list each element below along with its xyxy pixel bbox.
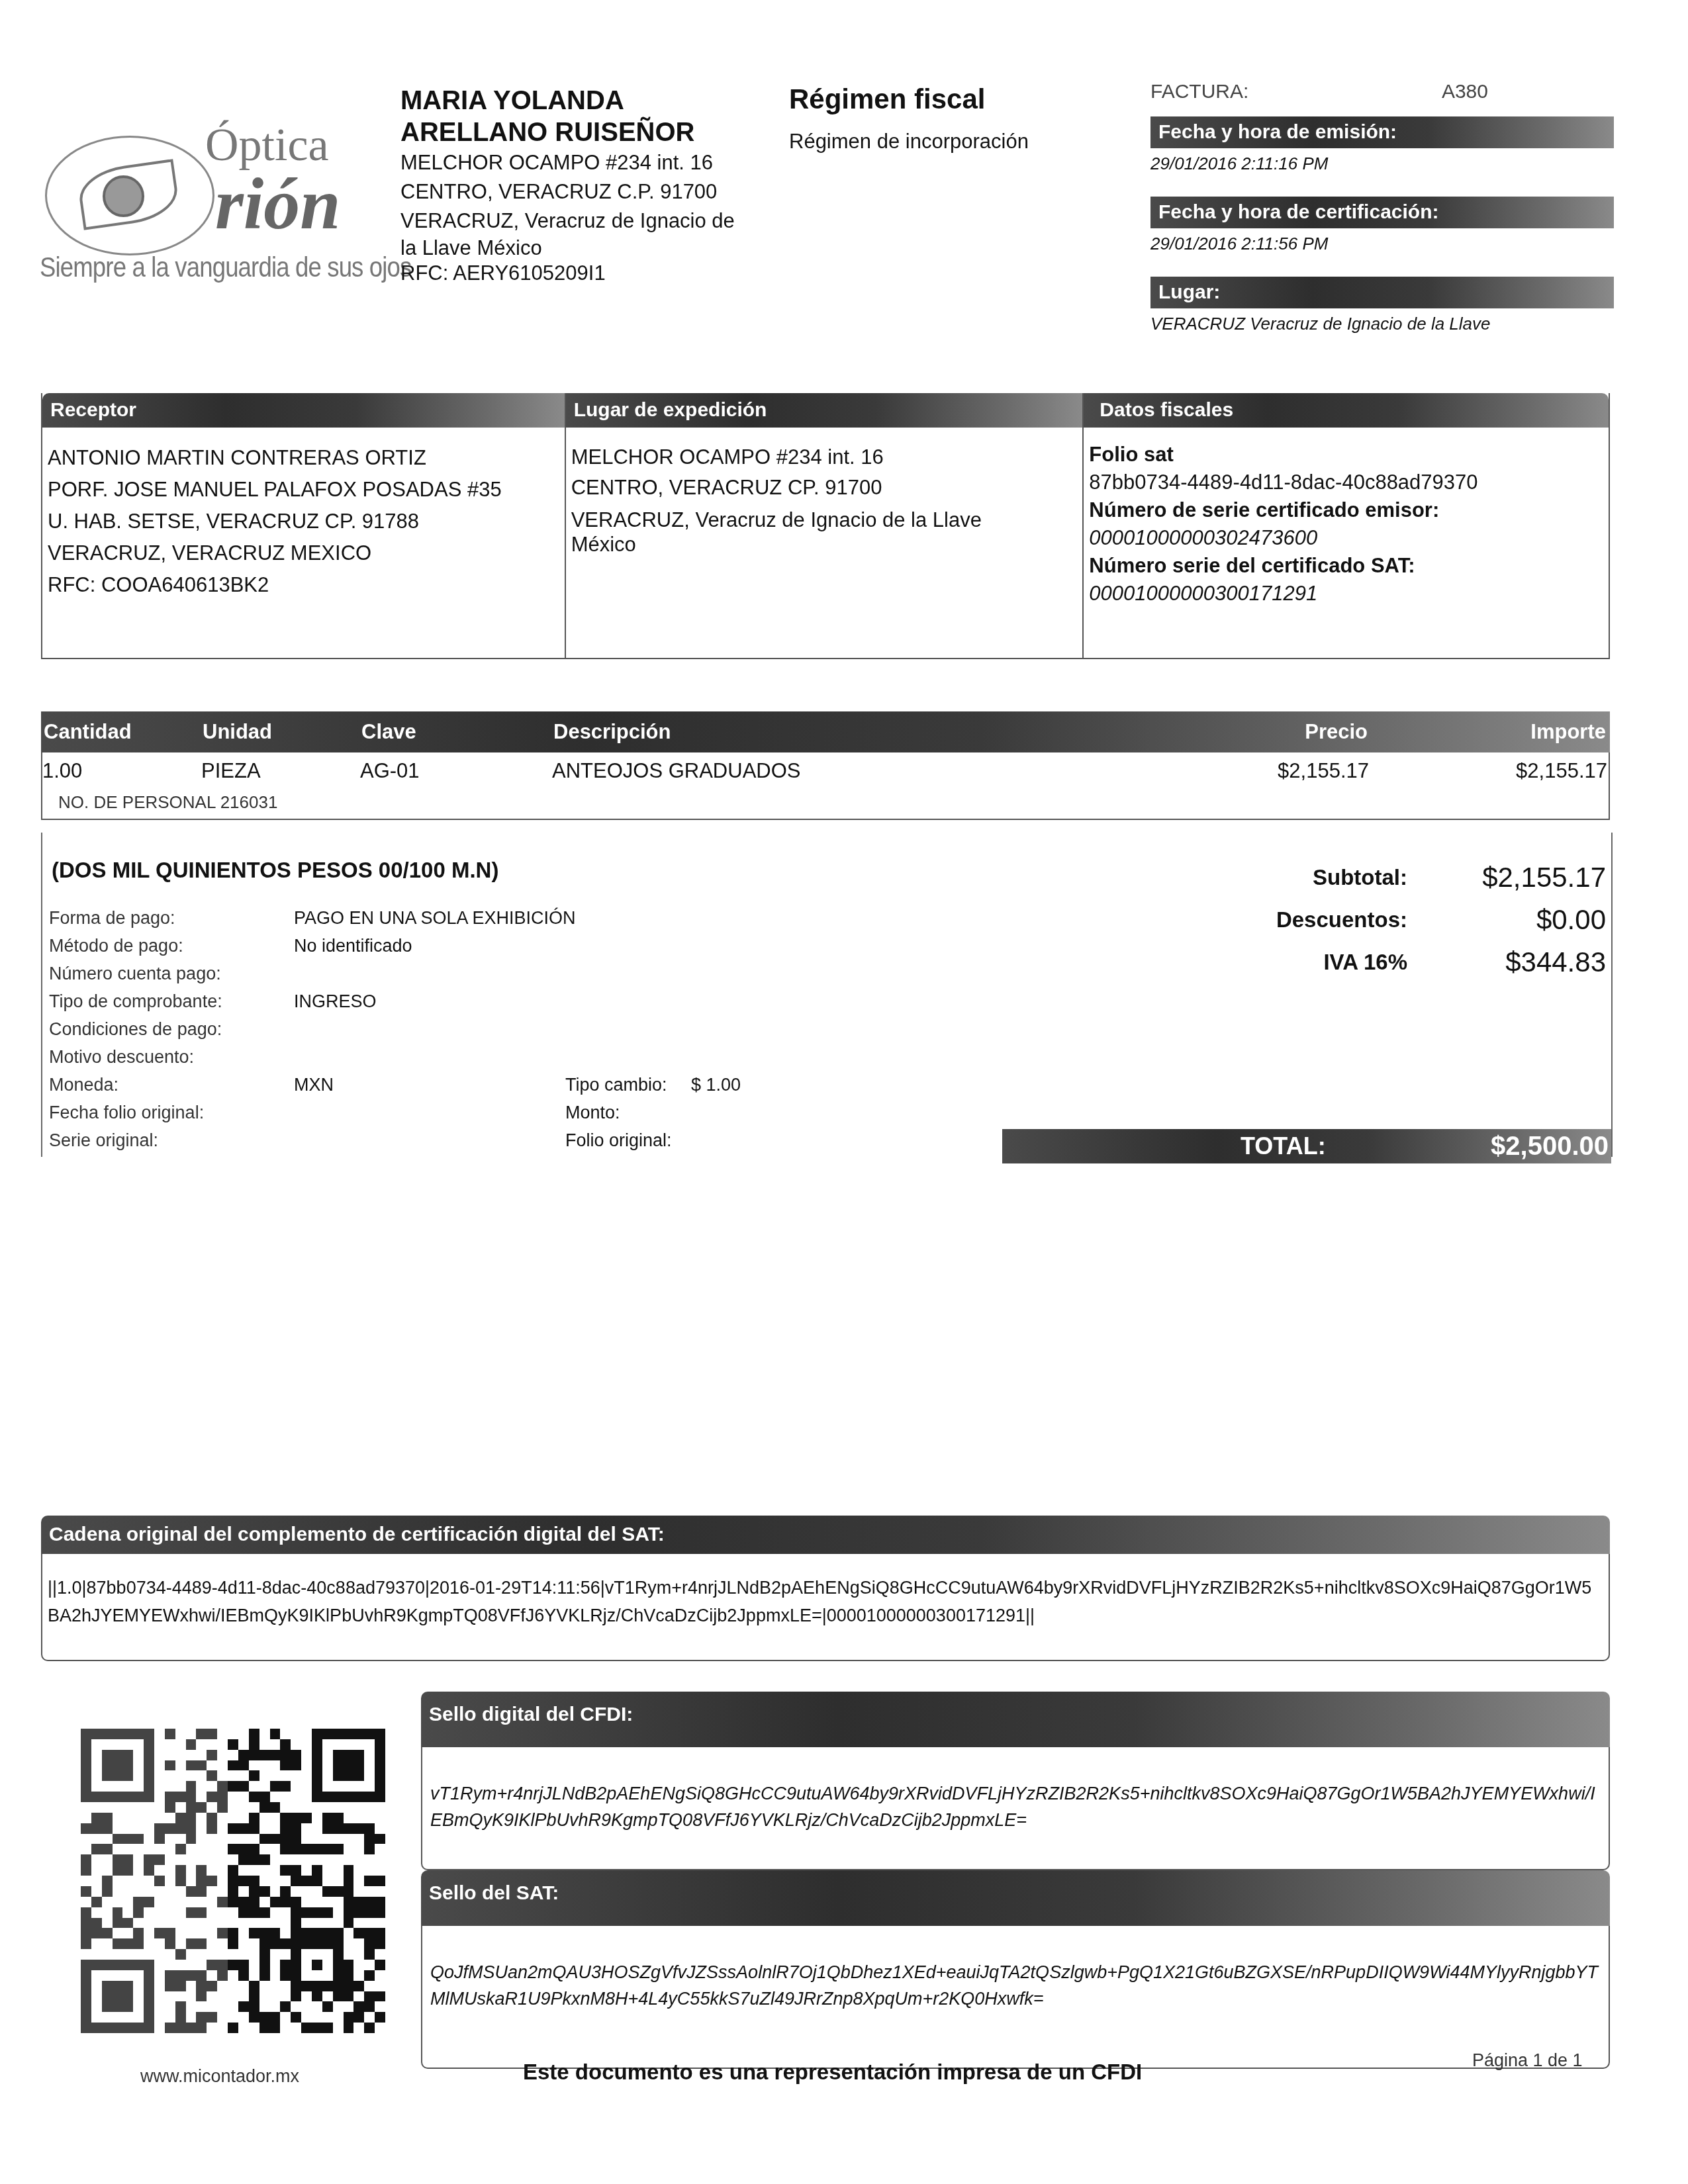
receptor-line: VERACRUZ, VERACRUZ MEXICO (48, 537, 559, 569)
field-label: Condiciones de pago: (49, 1015, 294, 1043)
regimen-title: Régimen fiscal (789, 83, 1029, 115)
expedicion-panel: Lugar de expedición MELCHOR OCAMPO #234 … (566, 393, 1084, 658)
emitter-address-line: CENTRO, VERACRUZ C.P. 91700 (400, 177, 771, 206)
emitter-name-line2: ARELLANO RUISEÑOR (400, 116, 771, 148)
subtotal-label: Subtotal: (1143, 856, 1407, 899)
parties-bottom-divider (41, 658, 1610, 659)
logo-brand-main: rión (215, 162, 341, 246)
footer-url: www.micontador.mx (140, 2066, 299, 2087)
cert-sat-value: 00001000000300171291 (1089, 580, 1603, 608)
field-value: No identificado (294, 932, 592, 960)
receptor-body: ANTONIO MARTIN CONTRERAS ORTIZ PORF. JOS… (42, 428, 565, 615)
payment-field-row: Serie original:Folio original: (49, 1126, 741, 1154)
item-note: NO. DE PERSONAL 216031 (41, 786, 1610, 820)
emitter-info: MARIA YOLANDA ARELLANO RUISEÑOR MELCHOR … (400, 85, 771, 286)
fiscales-header: Datos fiscales (1084, 393, 1609, 428)
payment-field-row: Fecha folio original:Monto: (49, 1099, 741, 1126)
expedicion-line: MELCHOR OCAMPO #234 int. 16 (571, 442, 1078, 473)
field-value (294, 1126, 565, 1154)
emitter-name-line1: MARIA YOLANDA (400, 85, 771, 116)
lugar-header: Lugar: (1150, 277, 1614, 308)
cell-importe: $2,155.17 (1373, 756, 1611, 786)
receptor-line: U. HAB. SETSE, VERACRUZ CP. 91788 (48, 506, 559, 537)
field-value (294, 1015, 592, 1043)
cert-emisor-value: 00001000000302473600 (1089, 524, 1603, 552)
expedicion-header: Lugar de expedición (566, 393, 1083, 428)
emitter-address-line: VERACRUZ, Veracruz de Ignacio de (400, 206, 771, 236)
iva-label: IVA 16% (1143, 941, 1407, 983)
factura-number: FACTURA: A380 (1150, 81, 1488, 103)
sello-sat-section: Sello del SAT: QoJfMSUan2mQAU3HOSZgVfvJZ… (421, 1870, 1610, 2069)
emision-value: 29/01/2016 2:11:16 PM (1150, 154, 1614, 174)
cell-descripcion: ANTEOJOS GRADUADOS (552, 756, 1214, 786)
descuentos-row: Descuentos:$0.00 (1143, 899, 1606, 941)
fiscales-body: Folio sat 87bb0734-4489-4d11-8dac-40c88a… (1084, 428, 1609, 622)
emitter-address-line: la Llave México (400, 236, 771, 261)
regimen-value: Régimen de incorporación (789, 130, 1029, 154)
cell-unidad: PIEZA (201, 756, 360, 786)
receptor-header: Receptor (42, 393, 565, 428)
sello-cfdi-section: Sello digital del CFDI: vT1Rym+r4nrjJLNd… (421, 1692, 1610, 1870)
payment-field-row: Condiciones de pago: (49, 1015, 741, 1043)
company-logo: Óptica rión Siempre a la vanguardia de s… (40, 99, 384, 285)
subtotal-row: Subtotal:$2,155.17 (1143, 856, 1606, 899)
cell-clave: AG-01 (360, 756, 552, 786)
field-label: Método de pago: (49, 932, 294, 960)
certificacion-header: Fecha y hora de certificación: (1150, 197, 1614, 228)
field-label: Fecha folio original: (49, 1099, 294, 1126)
iva-value: $344.83 (1505, 941, 1606, 983)
col-unidad: Unidad (200, 711, 359, 752)
payment-fields: Forma de pago:PAGO EN UNA SOLA EXHIBICIÓ… (49, 904, 741, 1154)
items-table: Cantidad Unidad Clave Descripción Precio… (41, 711, 1610, 820)
extra-label: Monto: (565, 1099, 691, 1126)
subtotal-value: $2,155.17 (1482, 856, 1606, 899)
qr-code-icon (81, 1729, 385, 2033)
col-cantidad: Cantidad (41, 711, 200, 752)
eye-pupil-icon (103, 175, 144, 217)
extra-label: Tipo cambio: (565, 1071, 691, 1099)
field-label: Motivo descuento: (49, 1043, 294, 1071)
factura-label: FACTURA: (1150, 81, 1248, 103)
field-value: INGRESO (294, 987, 592, 1015)
regimen-fiscal: Régimen fiscal Régimen de incorporación (789, 83, 1029, 154)
cert-sat-label: Número serie del certificado SAT: (1089, 552, 1603, 580)
certificacion-value: 29/01/2016 2:11:56 PM (1150, 234, 1614, 254)
logo-slogan: Siempre a la vanguardia de sus ojos (40, 251, 412, 284)
invoice-meta: FACTURA: A380 Fecha y hora de emisión: 2… (1150, 81, 1614, 334)
field-label: Serie original: (49, 1126, 294, 1154)
amount-in-words: (DOS MIL QUINIENTOS PESOS 00/100 M.N) (52, 858, 498, 883)
sello-cfdi-header: Sello digital del CFDI: (421, 1692, 1610, 1747)
cadena-header: Cadena original del complemento de certi… (41, 1516, 1610, 1554)
col-clave: Clave (359, 711, 551, 752)
total-value: $2,500.00 (1491, 1129, 1609, 1163)
payment-field-row: Motivo descuento: (49, 1043, 741, 1071)
field-label: Tipo de comprobante: (49, 987, 294, 1015)
receptor-panel: Receptor ANTONIO MARTIN CONTRERAS ORTIZ … (41, 393, 566, 658)
parties-section: Receptor ANTONIO MARTIN CONTRERAS ORTIZ … (41, 393, 1610, 658)
receptor-rfc: RFC: COOA640613BK2 (48, 569, 559, 601)
field-label: Moneda: (49, 1071, 294, 1099)
total-bar: TOTAL: $2,500.00 (1002, 1129, 1611, 1163)
payment-field-row: Tipo de comprobante:INGRESO (49, 987, 741, 1015)
expedicion-body: MELCHOR OCAMPO #234 int. 16 CENTRO, VERA… (566, 428, 1083, 570)
factura-value: A380 (1442, 81, 1488, 103)
field-label: Número cuenta pago: (49, 960, 294, 987)
table-row: 1.00 PIEZA AG-01 ANTEOJOS GRADUADOS $2,1… (41, 752, 1610, 786)
descuentos-value: $0.00 (1536, 899, 1606, 941)
col-importe: Importe (1372, 711, 1610, 752)
field-value: PAGO EN UNA SOLA EXHIBICIÓN (294, 904, 592, 932)
payment-field-row: Método de pago:No identificado (49, 932, 741, 960)
receptor-line: ANTONIO MARTIN CONTRERAS ORTIZ (48, 442, 559, 474)
expedicion-line: México (571, 533, 1078, 556)
expedicion-line: VERACRUZ, Veracruz de Ignacio de la Llav… (571, 507, 1078, 533)
payment-field-row: Moneda:MXNTipo cambio:$ 1.00 (49, 1071, 741, 1099)
folio-value: 87bb0734-4489-4d11-8dac-40c88ad79370 (1089, 469, 1603, 496)
sello-sat-header: Sello del SAT: (421, 1870, 1610, 1926)
emision-header: Fecha y hora de emisión: (1150, 116, 1614, 148)
cadena-value: ||1.0|87bb0734-4489-4d11-8dac-40c88ad793… (41, 1554, 1610, 1661)
items-header-row: Cantidad Unidad Clave Descripción Precio… (41, 711, 1610, 752)
extra-label: Folio original: (565, 1126, 691, 1154)
field-value (294, 1043, 592, 1071)
total-label: TOTAL: (1241, 1129, 1326, 1163)
payment-field-row: Forma de pago:PAGO EN UNA SOLA EXHIBICIÓ… (49, 904, 741, 932)
iva-row: IVA 16%$344.83 (1143, 941, 1606, 983)
expedicion-line: CENTRO, VERACRUZ CP. 91700 (571, 473, 1078, 503)
cert-emisor-label: Número de serie certificado emisor: (1089, 496, 1603, 524)
sello-cfdi-value: vT1Rym+r4nrjJLNdB2pAEhENgSiQ8GHcCC9utuAW… (421, 1747, 1610, 1870)
emitter-address-line: MELCHOR OCAMPO #234 int. 16 (400, 148, 771, 177)
fiscales-panel: Datos fiscales Folio sat 87bb0734-4489-4… (1084, 393, 1610, 658)
col-precio: Precio (1213, 711, 1372, 752)
field-value: MXN (294, 1071, 565, 1099)
cadena-original-section: Cadena original del complemento de certi… (41, 1516, 1610, 1661)
footer-note: Este documento es una representación imp… (523, 2060, 1142, 2085)
emitter-rfc: RFC: AERY6105209I1 (400, 261, 771, 286)
page-number: Página 1 de 1 (1472, 2050, 1583, 2071)
lugar-value: VERACRUZ Veracruz de Ignacio de la Llave (1150, 314, 1614, 334)
payment-field-row: Número cuenta pago: (49, 960, 741, 987)
receptor-line: PORF. JOSE MANUEL PALAFOX POSADAS #35 (48, 474, 559, 506)
field-value (294, 960, 592, 987)
folio-label: Folio sat (1089, 441, 1603, 469)
sello-sat-value: QoJfMSUan2mQAU3HOSZgVfvJZSssAolnlR7Oj1Qb… (421, 1926, 1610, 2069)
descuentos-label: Descuentos: (1143, 899, 1407, 941)
payment-section: (DOS MIL QUINIENTOS PESOS 00/100 M.N) Fo… (41, 833, 1613, 1157)
col-descripcion: Descripción (551, 711, 1213, 752)
extra-value: $ 1.00 (691, 1071, 741, 1099)
cell-precio: $2,155.17 (1214, 756, 1373, 786)
field-value (294, 1099, 565, 1126)
cell-cantidad: 1.00 (42, 756, 201, 786)
totals-block: Subtotal:$2,155.17 Descuentos:$0.00 IVA … (1143, 856, 1606, 983)
field-label: Forma de pago: (49, 904, 294, 932)
